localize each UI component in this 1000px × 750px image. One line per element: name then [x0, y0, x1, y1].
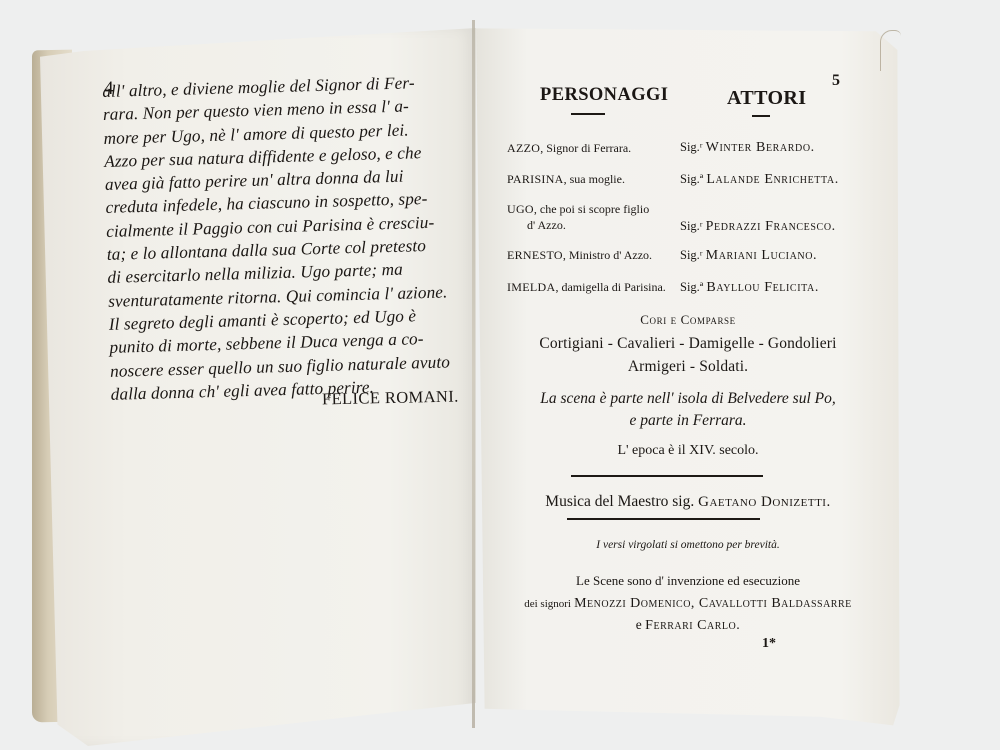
cast-actor: Sig.ʳ Mariani Luciano.: [680, 248, 817, 264]
setting-text: La scena è parte nell' isola di Belveder…: [496, 390, 880, 408]
page-number-right: 5: [832, 72, 840, 90]
cast-role: AZZO, Signor di Ferrara.: [507, 141, 631, 156]
music-credit: Musica del Maestro sig. Gaetano Donizett…: [496, 493, 880, 511]
signature-mark: 1*: [762, 636, 776, 652]
open-booklet: 4 all' altro, e diviene moglie del Signo…: [0, 0, 1000, 750]
cast-role: UGO, che poi si scopre figlio: [507, 202, 649, 217]
characters-heading: PERSONAGGI: [540, 85, 668, 106]
heading-rule: [752, 115, 770, 117]
section-rule: [567, 518, 760, 520]
setting-text: e parte in Ferrara.: [496, 412, 880, 430]
cast-actor: Sig.ʳ Pedrazzi Francesco.: [680, 219, 836, 235]
chorus-list: Armigeri - Soldati.: [496, 358, 880, 376]
folded-corner: [880, 30, 901, 71]
scenery-credit: dei signori Menozzi Domenico, Cavallotti…: [496, 596, 880, 612]
cast-role-continued: d' Azzo.: [527, 218, 566, 233]
author-signature: FELICE ROMANI.: [322, 387, 459, 410]
section-rule: [571, 475, 763, 477]
chorus-heading: Cori e Comparse: [496, 312, 880, 328]
epoch-text: L' epoca è il XIV. secolo.: [496, 443, 880, 459]
cast-role: PARISINA, sua moglie.: [507, 172, 625, 187]
heading-rule: [571, 113, 605, 115]
cast-actor: Sig.ʳ Winter Berardo.: [680, 140, 815, 156]
actors-heading: ATTORI: [727, 87, 806, 110]
verses-note: I versi virgolati si omettono per brevit…: [496, 539, 880, 551]
cast-role: IMELDA, damigella di Parisina.: [507, 280, 666, 295]
scenery-credit: e Ferrari Carlo.: [496, 617, 880, 634]
cast-actor: Sig.ª Lalande Enrichetta.: [680, 172, 839, 188]
cast-actor: Sig.ª Bayllou Felicita.: [680, 280, 819, 296]
scenery-credit: Le Scene sono d' invenzione ed esecuzion…: [496, 573, 880, 589]
cast-role: ERNESTO, Ministro d' Azzo.: [507, 248, 652, 263]
chorus-list: Cortigiani - Cavalieri - Damigelle - Gon…: [496, 335, 880, 353]
synopsis-text: all' altro, e diviene moglie del Signor …: [102, 70, 479, 406]
